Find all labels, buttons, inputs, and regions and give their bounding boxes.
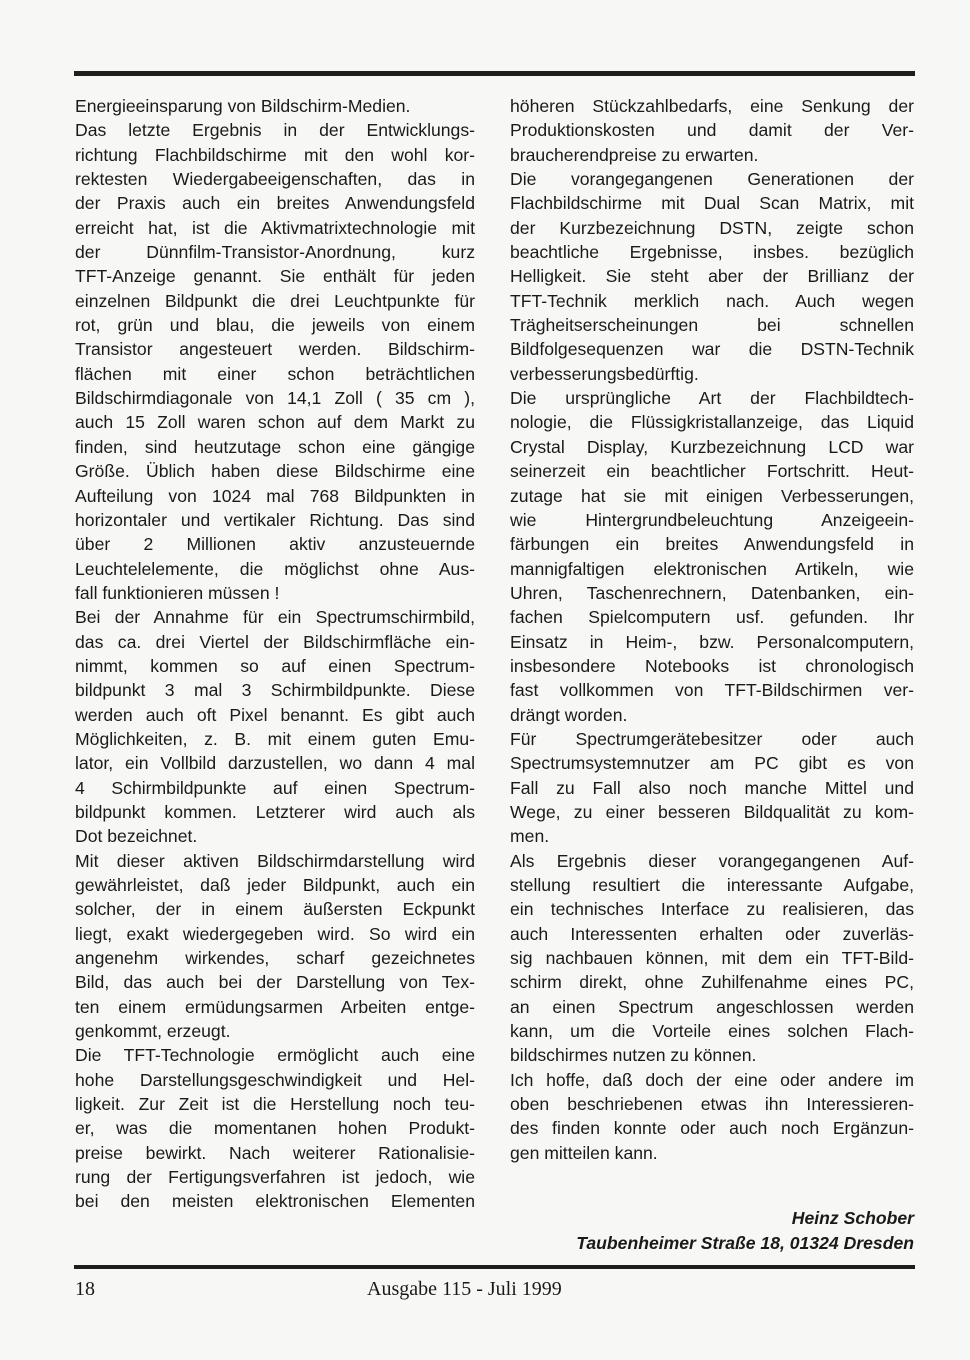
text-line: nologie, die Flüssigkristallanzeige, das… (510, 410, 914, 434)
text-line: horizontaler und vertikaler Richtung. Da… (75, 508, 475, 532)
top-rule (74, 71, 915, 76)
text-line: Bildfolgesequenzen war die DSTN-Technik (510, 337, 914, 361)
text-line: bildpunkt kommen. Letzterer wird auch al… (75, 800, 475, 824)
bottom-rule (74, 1265, 915, 1269)
text-line: Bei der Annahme für ein Spectrumschirmbi… (75, 605, 475, 629)
text-line: Trägheitserscheinungen bei schnellen (510, 313, 914, 337)
author-address: Taubenheimer Straße 18, 01324 Dresden (576, 1233, 914, 1254)
text-line: TFT-Anzeige genannt. Sie enthält für jed… (75, 264, 475, 288)
text-line: lator, ein Vollbild darzustellen, wo dan… (75, 751, 475, 775)
text-line: gewährleistet, daß jeder Bildpunkt, auch… (75, 873, 475, 897)
text-line: solcher, der in einem äußersten Eckpunkt (75, 897, 475, 921)
text-line: Das letzte Ergebnis in der Entwicklungs- (75, 118, 475, 142)
text-line: Größe. Üblich haben diese Bildschirme ei… (75, 459, 475, 483)
text-line: fall funktionieren müssen ! (75, 581, 475, 605)
text-line: der Kurzbezeichnung DSTN, zeigte schon (510, 216, 914, 240)
text-line: richtung Flachbildschirme mit den wohl k… (75, 143, 475, 167)
page-number: 18 (75, 1278, 95, 1301)
text-line: schirm direkt, ohne Zuhilfenahme eines P… (510, 970, 914, 994)
text-line: auch 15 Zoll waren schon auf dem Markt z… (75, 410, 475, 434)
text-line: höheren Stückzahlbedarfs, eine Senkung d… (510, 94, 914, 118)
text-line: oben beschriebenen etwas ihn Interessier… (510, 1092, 914, 1116)
text-line: er, was die momentanen hohen Produkt- (75, 1116, 475, 1140)
text-line: über 2 Millionen aktiv anzusteuernde (75, 532, 475, 556)
text-line: stellung resultiert die interessante Auf… (510, 873, 914, 897)
text-line: nimmt, kommen so auf einen Spectrum- (75, 654, 475, 678)
text-line: insbesondere Notebooks ist chronologisch (510, 654, 914, 678)
text-line: der Dünnfilm-Transistor-Anordnung, kurz (75, 240, 475, 264)
text-line: des finden konnte oder auch noch Ergänzu… (510, 1116, 914, 1140)
text-line: 4 Schirmbildpunkte auf einen Spectrum- (75, 776, 475, 800)
issue-label: Ausgabe 115 - Juli 1999 (367, 1278, 562, 1301)
text-line: bei den meisten elektronischen Elementen (75, 1189, 475, 1213)
text-line: kann, um die Vorteile eines solchen Flac… (510, 1019, 914, 1043)
text-line: Crystal Display, Kurzbezeichnung LCD war (510, 435, 914, 459)
text-line: Fall zu Fall also noch manche Mittel und (510, 776, 914, 800)
text-line: Die vorangegangenen Generationen der (510, 167, 914, 191)
text-line: Mit dieser aktiven Bildschirmdarstellung… (75, 849, 475, 873)
text-line: fachen Spielcomputern usf. gefunden. Ihr (510, 605, 914, 629)
text-line: rung der Fertigungsverfahren ist jedoch,… (75, 1165, 475, 1189)
text-line: men. (510, 824, 914, 848)
text-line: Als Ergebnis dieser vorangegangenen Auf- (510, 849, 914, 873)
text-line: auch Interessenten erhalten oder zuverlä… (510, 922, 914, 946)
text-line: preise bewirkt. Nach weiterer Rationalis… (75, 1141, 475, 1165)
text-line: fast vollkommen von TFT-Bildschirmen ver… (510, 678, 914, 702)
text-line: rot, grün und blau, die jeweils von eine… (75, 313, 475, 337)
text-line: zutage hat sie mit einigen Verbesserunge… (510, 484, 914, 508)
text-line: seinerzeit ein beachtlicher Fortschritt.… (510, 459, 914, 483)
text-line: verbesserungsbedürftig. (510, 362, 914, 386)
text-line: erreicht hat, ist die Aktivmatrixtechnol… (75, 216, 475, 240)
text-line: ligkeit. Zur Zeit ist die Herstellung no… (75, 1092, 475, 1116)
text-line: Spectrumsystemnutzer am PC gibt es von (510, 751, 914, 775)
text-line: genkommt, erzeugt. (75, 1019, 475, 1043)
text-line: Energieeinsparung von Bildschirm-Medien. (75, 94, 475, 118)
text-line: Die ursprüngliche Art der Flachbildtech- (510, 386, 914, 410)
text-line: Für Spectrumgerätebesitzer oder auch (510, 727, 914, 751)
text-line: Dot bezeichnet. (75, 824, 475, 848)
text-line: Flachbildschirme mit Dual Scan Matrix, m… (510, 191, 914, 215)
text-line: TFT-Technik merklich nach. Auch wegen (510, 289, 914, 313)
text-line: Wege, zu einer besseren Bildqualität zu … (510, 800, 914, 824)
text-line: bildpunkt 3 mal 3 Schirmbildpunkte. Dies… (75, 678, 475, 702)
text-line: Möglichkeiten, z. B. mit einem guten Emu… (75, 727, 475, 751)
text-line: mannigfaltigen elektronischen Artikeln, … (510, 557, 914, 581)
text-line: Produktionskosten und damit der Ver- (510, 118, 914, 142)
text-line: ein technisches Interface zu realisieren… (510, 897, 914, 921)
text-line: bildschirmes nutzen zu können. (510, 1043, 914, 1067)
text-line: rektesten Wiedergabeeigenschaften, das i… (75, 167, 475, 191)
text-line: Helligkeit. Sie steht aber der Brillianz… (510, 264, 914, 288)
text-line: braucherendpreise zu erwarten. (510, 143, 914, 167)
left-column: Energieeinsparung von Bildschirm-Medien.… (75, 94, 475, 1214)
text-line: das ca. drei Viertel der Bildschirmfläch… (75, 630, 475, 654)
text-line: einzelnen Bildpunkt die drei Leuchtpunkt… (75, 289, 475, 313)
text-line: Transistor angesteuert werden. Bildschir… (75, 337, 475, 361)
text-line: Bild, das auch bei der Darstellung von T… (75, 970, 475, 994)
text-line: sig nachbauen können, mit dem ein TFT-Bi… (510, 946, 914, 970)
text-line: Aufteilung von 1024 mal 768 Bildpunkten … (75, 484, 475, 508)
text-line: Ich hoffe, daß doch der eine oder andere… (510, 1068, 914, 1092)
text-line: ten einem ermüdungsarmen Arbeiten entge- (75, 995, 475, 1019)
right-column: höheren Stückzahlbedarfs, eine Senkung d… (510, 94, 914, 1165)
text-line: hohe Darstellungsgeschwindigkeit und Hel… (75, 1068, 475, 1092)
text-line: finden, sind heutzutage schon eine gängi… (75, 435, 475, 459)
text-line: Leuchtelelemente, die möglichst ohne Aus… (75, 557, 475, 581)
text-line: werden auch oft Pixel benannt. Es gibt a… (75, 703, 475, 727)
text-line: beachtliche Ergebnisse, insbes. bezüglic… (510, 240, 914, 264)
text-line: färbungen ein breites Anwendungsfeld in (510, 532, 914, 556)
text-line: der Praxis auch ein breites Anwendungsfe… (75, 191, 475, 215)
text-line: Einsatz in Heim-, bzw. Personalcomputern… (510, 630, 914, 654)
text-line: wie Hintergrundbeleuchtung Anzeigeein- (510, 508, 914, 532)
text-line: flächen mit einer schon beträchtlichen (75, 362, 475, 386)
text-line: Bildschirmdiagonale von 14,1 Zoll ( 35 c… (75, 386, 475, 410)
text-line: an einen Spectrum angeschlossen werden (510, 995, 914, 1019)
text-line: Die TFT-Technologie ermöglicht auch eine (75, 1043, 475, 1067)
text-line: Uhren, Taschenrechnern, Datenbanken, ein… (510, 581, 914, 605)
text-line: drängt worden. (510, 703, 914, 727)
text-line: liegt, exakt wiedergegeben wird. So wird… (75, 922, 475, 946)
text-line: angenehm wirkendes, scharf gezeichnetes (75, 946, 475, 970)
author-name: Heinz Schober (792, 1208, 914, 1229)
text-line: gen mitteilen kann. (510, 1141, 914, 1165)
